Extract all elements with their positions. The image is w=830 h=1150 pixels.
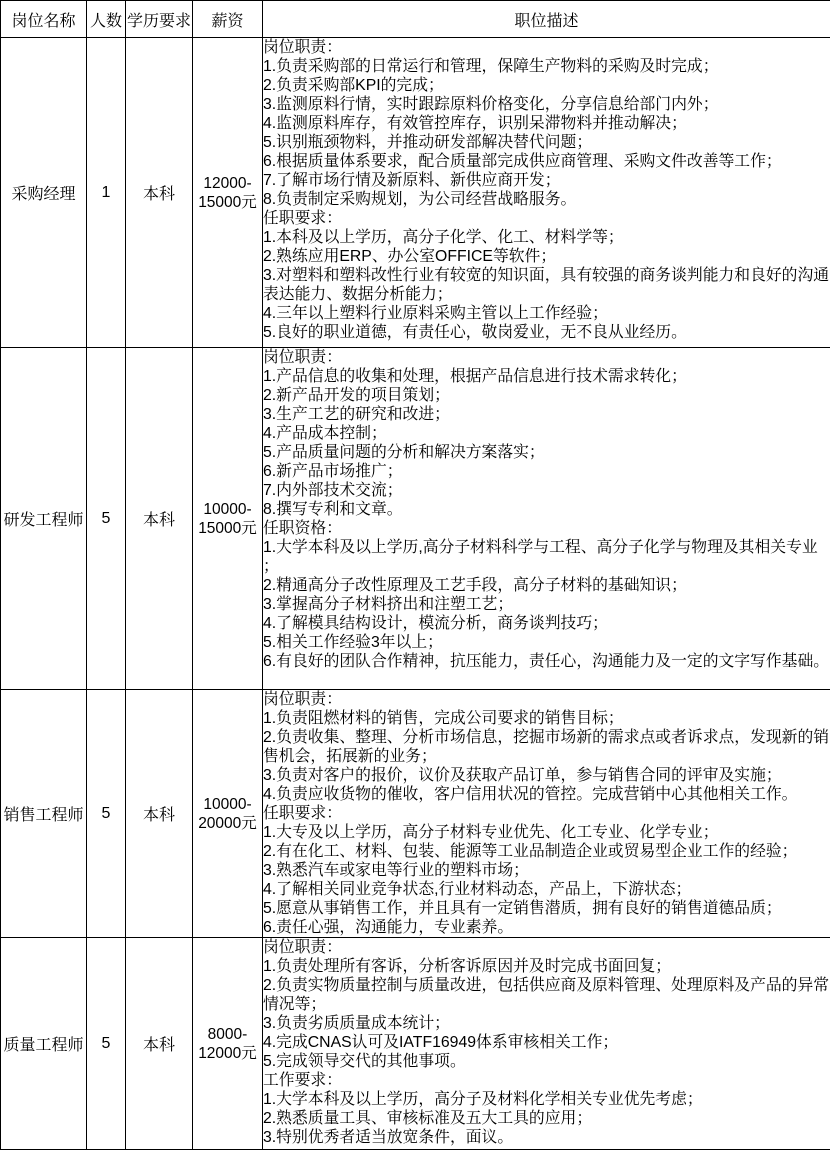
description-line: 1.大专及以上学历，高分子材料专业优先、化工专业、化学专业；: [263, 823, 830, 842]
salary-line: 20000元: [193, 814, 262, 833]
description-line: 6.根据质量体系要求，配合质量部完成供应商管理、采购文件改善等工作；: [263, 152, 830, 171]
headcount-cell: 5: [87, 690, 126, 938]
description-cell: 岗位职责：1.产品信息的收集和处理，根据产品信息进行技术需求转化；2.新产品开发…: [263, 348, 830, 690]
description-line: 任职资格：: [263, 519, 830, 538]
description-line: 2.熟悉质量工具、审核标准及五大工具的应用；: [263, 1109, 830, 1128]
position-cell: 采购经理: [1, 38, 87, 348]
description-line: 1.产品信息的收集和处理，根据产品信息进行技术需求转化；: [263, 367, 830, 386]
description-line: 岗位职责：: [263, 348, 830, 367]
salary-cell: 10000-20000元: [193, 690, 263, 938]
table-row: 研发工程师 5 本科 10000-15000元 岗位职责：1.产品信息的收集和处…: [1, 348, 830, 690]
description-line: 2.精通高分子改性原理及工艺手段，高分子材料的基础知识；: [263, 576, 830, 595]
description-line: 任职要求：: [263, 804, 830, 823]
description-line: 4.了解相关同业竞争状态,行业材料动态，产品上，下游状态；: [263, 880, 830, 899]
job-table-body: 采购经理 1 本科 12000-15000元 岗位职责：1.负责采购部的日常运行…: [1, 38, 830, 1150]
salary-cell: 12000-15000元: [193, 38, 263, 348]
table-row: 采购经理 1 本科 12000-15000元 岗位职责：1.负责采购部的日常运行…: [1, 38, 830, 348]
salary-line: 12000-: [193, 174, 262, 193]
description-line: 5.愿意从事销售工作，并且具有一定销售潜质，拥有良好的销售道德品质；: [263, 899, 830, 918]
description-cell: 岗位职责：1.负责采购部的日常运行和管理，保障生产物料的采购及时完成；2.负责采…: [263, 38, 830, 348]
description-line: 4.三年以上塑料行业原料采购主管以上工作经验；: [263, 304, 830, 323]
description-line: 任职要求：: [263, 209, 830, 228]
education-cell: 本科: [126, 690, 193, 938]
job-listing-page: 岗位名称 人数 学历要求 薪资 职位描述 采购经理 1 本科 12000-150…: [0, 0, 830, 1149]
description-line: 3.负责对客户的报价，议价及获取产品订单，参与销售合同的评审及实施；: [263, 766, 830, 785]
description-line: 3.负责劣质质量成本统计；: [263, 1014, 830, 1033]
salary-line: 15000元: [193, 193, 262, 212]
description-line: 1.本科及以上学历，高分子化学、化工、材料学等；: [263, 228, 830, 247]
description-line: 1.负责阻燃材料的销售，完成公司要求的销售目标；: [263, 709, 830, 728]
headcount-cell: 1: [87, 38, 126, 348]
description-line: 2.熟练应用ERP、办公室OFFICE等软件；: [263, 247, 830, 266]
description-line: 5.相关工作经验3年以上；: [263, 633, 830, 652]
column-header-position: 岗位名称: [1, 1, 87, 38]
description-line: 1.大学本科及以上学历,高分子材料科学与工程、高分子化学与物理及其相关专业；: [263, 538, 830, 576]
salary-line: 15000元: [193, 519, 262, 538]
salary-line: 10000-: [193, 795, 262, 814]
column-header-headcount: 人数: [87, 1, 126, 38]
description-line: 6.有良好的团队合作精神，抗压能力，责任心，沟通能力及一定的文字写作基础。: [263, 652, 830, 671]
description-line: 8.撰写专利和文章。: [263, 500, 830, 519]
table-row: 销售工程师 5 本科 10000-20000元 岗位职责：1.负责阻燃材料的销售…: [1, 690, 830, 938]
salary-line: 12000元: [193, 1044, 262, 1063]
description-line: 岗位职责：: [263, 38, 830, 57]
description-line: 3.特别优秀者适当放宽条件，面议。: [263, 1128, 830, 1147]
description-line: 岗位职责：: [263, 938, 830, 957]
description-line: 3.监测原料行情，实时跟踪原料价格变化，分享信息给部门内外；: [263, 95, 830, 114]
description-line: 2.负责实物质量控制与质量改进，包括供应商及原料管理、处理原料及产品的异常情况等…: [263, 976, 830, 1014]
position-cell: 销售工程师: [1, 690, 87, 938]
description-line: 5.产品质量问题的分析和解决方案落实；: [263, 443, 830, 462]
headcount-cell: 5: [87, 938, 126, 1150]
education-cell: 本科: [126, 938, 193, 1150]
description-line: 7.内外部技术交流；: [263, 481, 830, 500]
description-cell: 岗位职责：1.负责处理所有客诉，分析客诉原因并及时完成书面回复；2.负责实物质量…: [263, 938, 830, 1150]
description-line: 3.对塑料和塑料改性行业有较宽的知识面，具有较强的商务谈判能力和良好的沟通表达能…: [263, 266, 830, 304]
salary-line: 8000-: [193, 1025, 262, 1044]
headcount-cell: 5: [87, 348, 126, 690]
education-cell: 本科: [126, 348, 193, 690]
description-line: 3.生产工艺的研究和改进；: [263, 405, 830, 424]
description-line: 2.负责采购部KPI的完成；: [263, 76, 830, 95]
description-line: 2.有在化工、材料、包装、能源等工业品制造企业或贸易型企业工作的经验；: [263, 842, 830, 861]
table-row: 质量工程师 5 本科 8000-12000元 岗位职责：1.负责处理所有客诉，分…: [1, 938, 830, 1150]
description-line: 5.良好的职业道德，有责任心，敬岗爱业，无不良从业经历。: [263, 323, 830, 342]
description-line: 4.完成CNAS认可及IATF16949体系审核相关工作；: [263, 1033, 830, 1052]
description-line: 工作要求：: [263, 1071, 830, 1090]
description-line: 1.负责采购部的日常运行和管理，保障生产物料的采购及时完成；: [263, 57, 830, 76]
salary-cell: 10000-15000元: [193, 348, 263, 690]
description-line: 2.新产品开发的项目策划；: [263, 386, 830, 405]
description-cell: 岗位职责：1.负责阻燃材料的销售，完成公司要求的销售目标；2.负责收集、整理、分…: [263, 690, 830, 938]
education-cell: 本科: [126, 38, 193, 348]
column-header-description: 职位描述: [263, 1, 830, 38]
description-line: 4.了解模具结构设计，模流分析，商务谈判技巧；: [263, 614, 830, 633]
description-line: 4.负责应收货物的催收，客户信用状况的管控。完成营销中心其他相关工作。: [263, 785, 830, 804]
salary-cell: 8000-12000元: [193, 938, 263, 1150]
description-line: 1.负责处理所有客诉，分析客诉原因并及时完成书面回复；: [263, 957, 830, 976]
position-cell: 研发工程师: [1, 348, 87, 690]
description-line: 4.监测原料库存，有效管控库存，识别呆滞物料并推动解决；: [263, 114, 830, 133]
description-line: 6.责任心强，沟通能力，专业素养。: [263, 918, 830, 937]
job-table: 岗位名称 人数 学历要求 薪资 职位描述 采购经理 1 本科 12000-150…: [0, 0, 830, 1150]
description-line: 岗位职责：: [263, 690, 830, 709]
description-line: 6.新产品市场推广；: [263, 462, 830, 481]
description-line: 2.负责收集、整理、分析市场信息，挖掘市场新的需求点或者诉求点，发现新的销售机会…: [263, 728, 830, 766]
column-header-salary: 薪资: [193, 1, 263, 38]
description-line: 4.产品成本控制；: [263, 424, 830, 443]
description-line: 8.负责制定采购规划，为公司经营战略服务。: [263, 190, 830, 209]
description-line: 3.掌握高分子材料挤出和注塑工艺；: [263, 595, 830, 614]
description-line: 7.了解市场行情及新原料、新供应商开发；: [263, 171, 830, 190]
description-line: 3.熟悉汽车或家电等行业的塑料市场；: [263, 861, 830, 880]
column-header-education: 学历要求: [126, 1, 193, 38]
description-line: 5.识别瓶颈物料，并推动研发部解决替代问题；: [263, 133, 830, 152]
salary-line: 10000-: [193, 500, 262, 519]
position-cell: 质量工程师: [1, 938, 87, 1150]
job-table-header: 岗位名称 人数 学历要求 薪资 职位描述: [1, 1, 830, 38]
header-row: 岗位名称 人数 学历要求 薪资 职位描述: [1, 1, 830, 38]
description-line: 5.完成领导交代的其他事项。: [263, 1052, 830, 1071]
description-line: 1.大学本科及以上学历，高分子及材料化学相关专业优先考虑；: [263, 1090, 830, 1109]
